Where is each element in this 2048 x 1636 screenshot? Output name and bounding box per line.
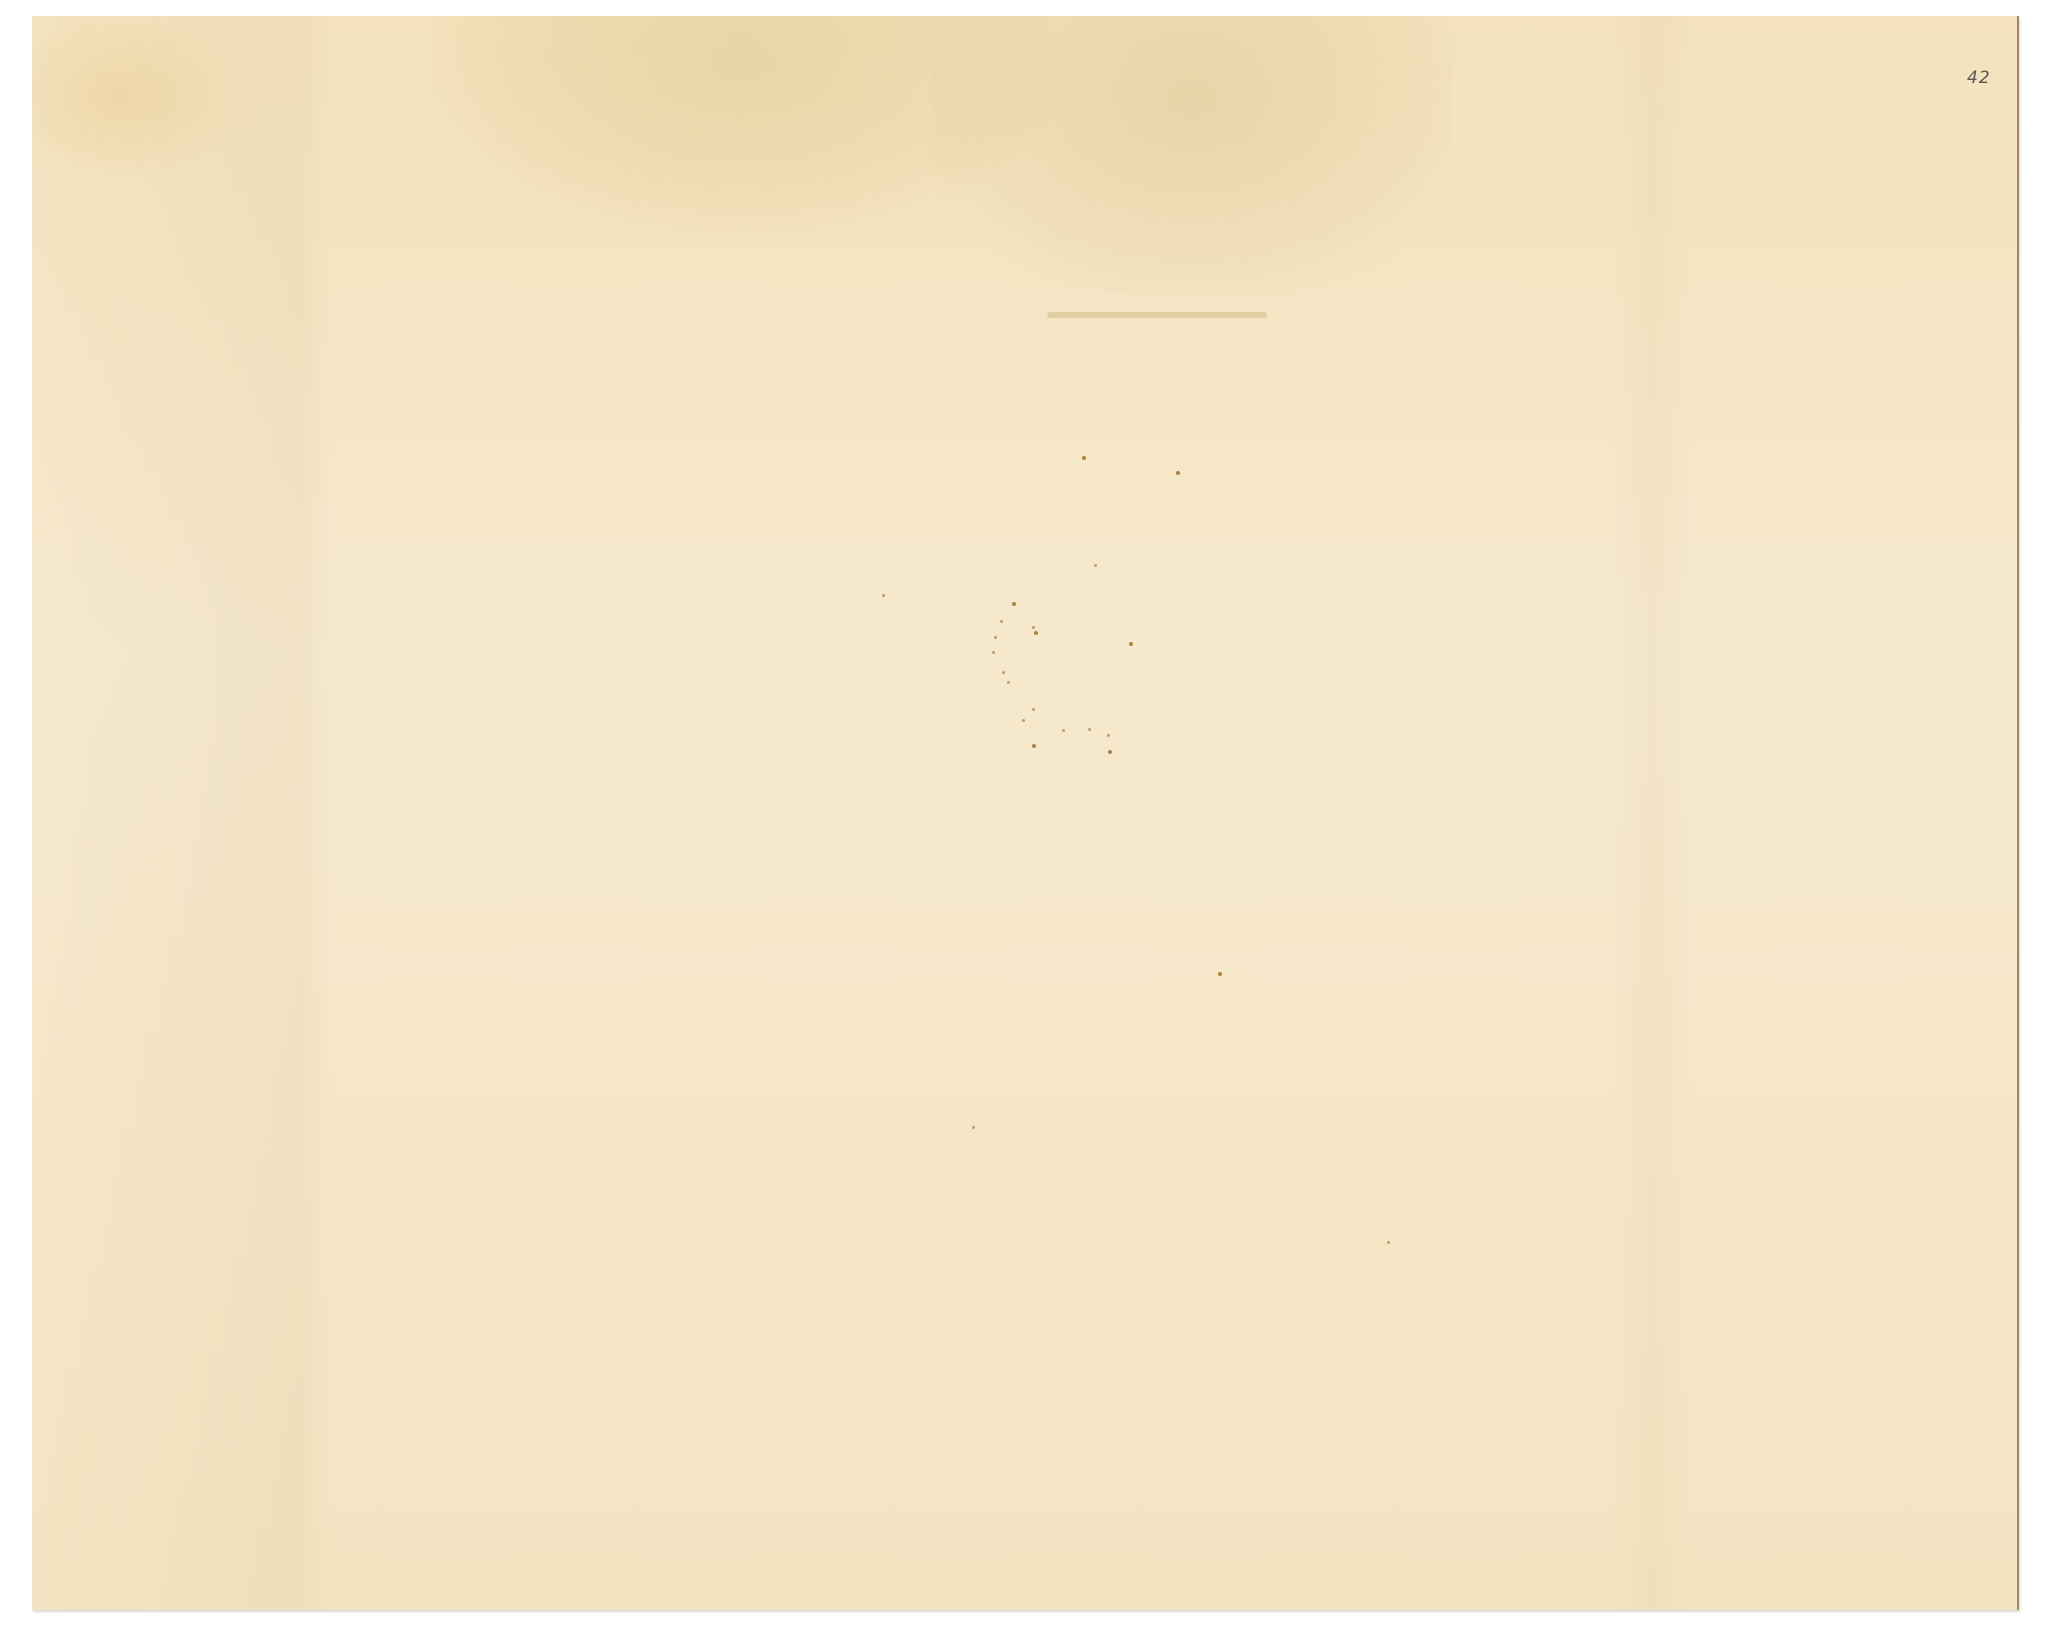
foxing-speck (1094, 564, 1097, 567)
foxing-speck (882, 594, 885, 597)
foxing-speck (972, 1126, 975, 1129)
foxing-speck (1022, 719, 1025, 722)
water-stain-right (932, 16, 1452, 296)
foxing-speck (1218, 972, 1222, 976)
foxing-speck (1032, 744, 1036, 748)
foxing-speck (1062, 729, 1065, 732)
foxing-speck (1082, 456, 1086, 460)
foxing-speck (1088, 728, 1091, 731)
water-stain-left (432, 16, 1052, 246)
foxing-speck (1032, 708, 1035, 711)
stain-tide-line (1047, 312, 1267, 318)
foxing-speck (1012, 602, 1016, 606)
scan-background: 42 (0, 0, 2048, 1636)
foxing-speck (1000, 620, 1003, 623)
foxing-speck (1387, 1241, 1390, 1244)
foxing-speck (994, 636, 997, 639)
foxing-speck (1007, 681, 1010, 684)
foxing-speck (1108, 750, 1112, 754)
foxing-speck (1107, 734, 1110, 737)
foxing-speck (1129, 642, 1133, 646)
paper-page: 42 (32, 16, 2019, 1610)
foxing-speck (992, 651, 995, 654)
page-number: 42 (1967, 68, 1991, 88)
foxing-speck (1176, 471, 1180, 475)
foxing-speck (1002, 671, 1005, 674)
foxing-speck (1034, 631, 1038, 635)
foxing-speck (1032, 626, 1035, 629)
